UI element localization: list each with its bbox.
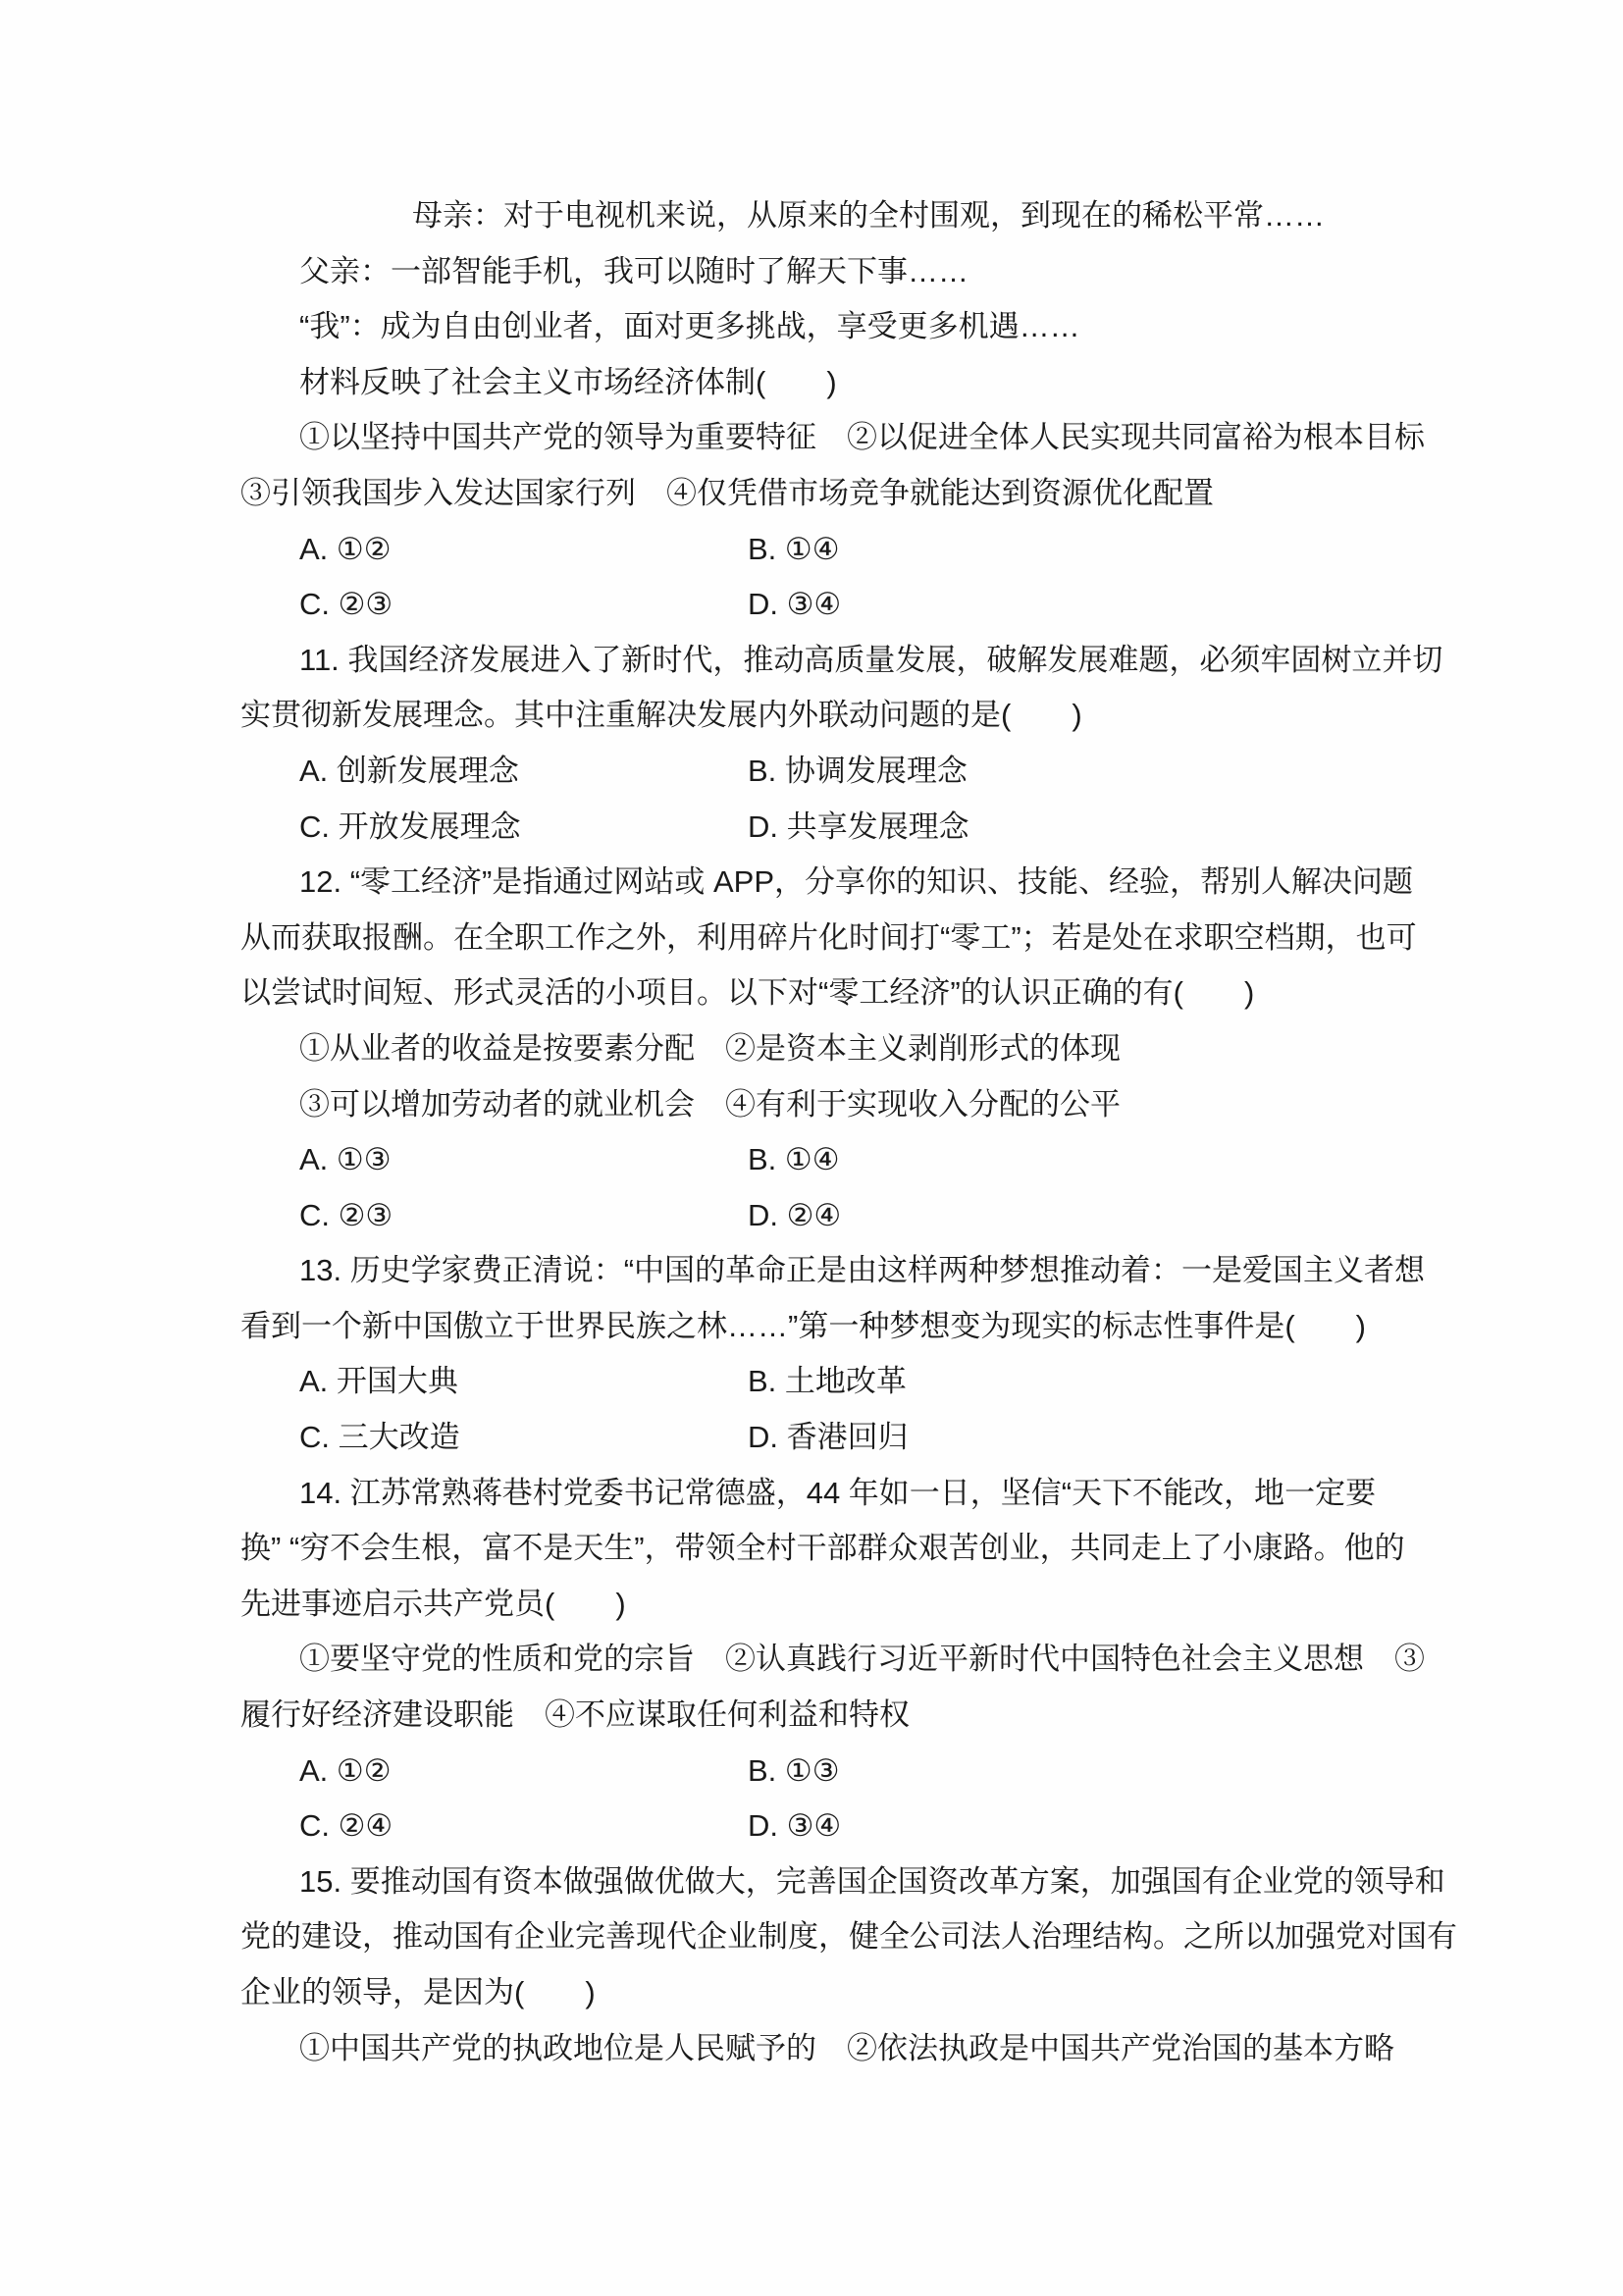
dialog-line-me: “我”：成为自由创业者，面对更多挑战，享受更多机遇……: [0, 299, 1623, 355]
option-b: B. ①④: [748, 1142, 839, 1176]
question-stem-line: 材料反映了社会主义市场经济体制( ): [0, 355, 1623, 411]
options-row: A. 创新发展理念B. 协调发展理念: [0, 744, 1623, 800]
options-row: A. ①②B. ①③: [0, 1744, 1623, 1800]
option-d: D. ②④: [748, 1198, 841, 1232]
option-a: A. ①②: [299, 1744, 748, 1800]
option-d: D. 香港回归: [748, 1420, 909, 1454]
options-row: C. 三大改造D. 香港回归: [0, 1410, 1623, 1466]
statement-line: ①从业者的收益是按要素分配 ②是资本主义剥削形式的体现: [0, 1021, 1623, 1077]
question-14-line: 14. 江苏常熟蒋巷村党委书记常德盛，44 年如一日，坚信“天下不能改，地一定要: [0, 1466, 1623, 1522]
question-15-line: 党的建设，推动国有企业完善现代企业制度，健全公司法人治理结构。之所以加强党对国有: [0, 1909, 1623, 1965]
exam-text-block: 母亲：对于电视机来说，从原来的全村围观，到现在的稀松平常…… 父亲：一部智能手机…: [0, 188, 1623, 2076]
option-b: B. ①③: [748, 1753, 839, 1788]
question-11-line: 11. 我国经济发展进入了新时代，推动高质量发展，破解发展难题，必须牢固树立并切: [0, 633, 1623, 689]
options-row: A. ①②B. ①④: [0, 522, 1623, 578]
question-12-line: 12. “零工经济”是指通过网站或 APP，分享你的知识、技能、经验，帮别人解决…: [0, 855, 1623, 911]
question-12-line: 从而获取报酬。在全职工作之外，利用碎片化时间打“零工”；若是处在求职空档期，也可: [0, 911, 1623, 966]
options-row: C. ②③D. ②④: [0, 1188, 1623, 1244]
option-d: D. ③④: [748, 587, 841, 621]
statement-line: ①中国共产党的执政地位是人民赋予的 ②依法执政是中国共产党治国的基本方略: [0, 2021, 1623, 2077]
question-12-line: 以尝试时间短、形式灵活的小项目。以下对“零工经济”的认识正确的有( ): [0, 965, 1623, 1021]
dialog-line-mother: 母亲：对于电视机来说，从原来的全村围观，到现在的稀松平常……: [0, 188, 1623, 244]
statement-line: ③引领我国步入发达国家行列 ④仅凭借市场竞争就能达到资源优化配置: [0, 466, 1623, 522]
options-row: C. ②④D. ③④: [0, 1799, 1623, 1854]
question-13-line: 看到一个新中国傲立于世界民族之林……”第一种梦想变为现实的标志性事件是( ): [0, 1299, 1623, 1355]
option-a: A. ①③: [299, 1132, 748, 1188]
options-row: C. 开放发展理念D. 共享发展理念: [0, 800, 1623, 856]
option-d: D. 共享发展理念: [748, 809, 969, 844]
option-b: B. ①④: [748, 532, 839, 566]
option-a: A. 创新发展理念: [299, 744, 748, 800]
option-b: B. 协调发展理念: [748, 754, 968, 788]
option-a: A. 开国大典: [299, 1354, 748, 1410]
option-c: C. ②③: [299, 1188, 748, 1244]
option-c: C. ②③: [299, 577, 748, 633]
option-c: C. ②④: [299, 1799, 748, 1854]
question-13-line: 13. 历史学家费正清说：“中国的革命正是由这样两种梦想推动着：一是爱国主义者想: [0, 1243, 1623, 1299]
exam-page: 母亲：对于电视机来说，从原来的全村围观，到现在的稀松平常…… 父亲：一部智能手机…: [0, 0, 1623, 2296]
statement-line: 履行好经济建设职能 ④不应谋取任何利益和特权: [0, 1688, 1623, 1744]
question-14-line: 先进事迹启示共产党员( ): [0, 1577, 1623, 1633]
question-11-line: 实贯彻新发展理念。其中注重解决发展内外联动问题的是( ): [0, 688, 1623, 744]
statement-line: ①以坚持中国共产党的领导为重要特征 ②以促进全体人民实现共同富裕为根本目标: [0, 410, 1623, 466]
option-c: C. 三大改造: [299, 1410, 748, 1466]
statement-line: ③可以增加劳动者的就业机会 ④有利于实现收入分配的公平: [0, 1077, 1623, 1133]
options-row: A. ①③B. ①④: [0, 1132, 1623, 1188]
option-a: A. ①②: [299, 522, 748, 578]
option-d: D. ③④: [748, 1808, 841, 1843]
question-15-line: 15. 要推动国有资本做强做优做大，完善国企国资改革方案，加强国有企业党的领导和: [0, 1854, 1623, 1910]
dialog-line-father: 父亲：一部智能手机，我可以随时了解天下事……: [0, 244, 1623, 300]
statement-line: ①要坚守党的性质和党的宗旨 ②认真践行习近平新时代中国特色社会主义思想 ③: [0, 1632, 1623, 1688]
options-row: C. ②③D. ③④: [0, 577, 1623, 633]
question-14-line: 换” “穷不会生根，富不是天生”，带领全村干部群众艰苦创业，共同走上了小康路。他…: [0, 1521, 1623, 1577]
option-c: C. 开放发展理念: [299, 800, 748, 856]
option-b: B. 土地改革: [748, 1364, 907, 1398]
options-row: A. 开国大典B. 土地改革: [0, 1354, 1623, 1410]
question-15-line: 企业的领导，是因为( ): [0, 1965, 1623, 2021]
